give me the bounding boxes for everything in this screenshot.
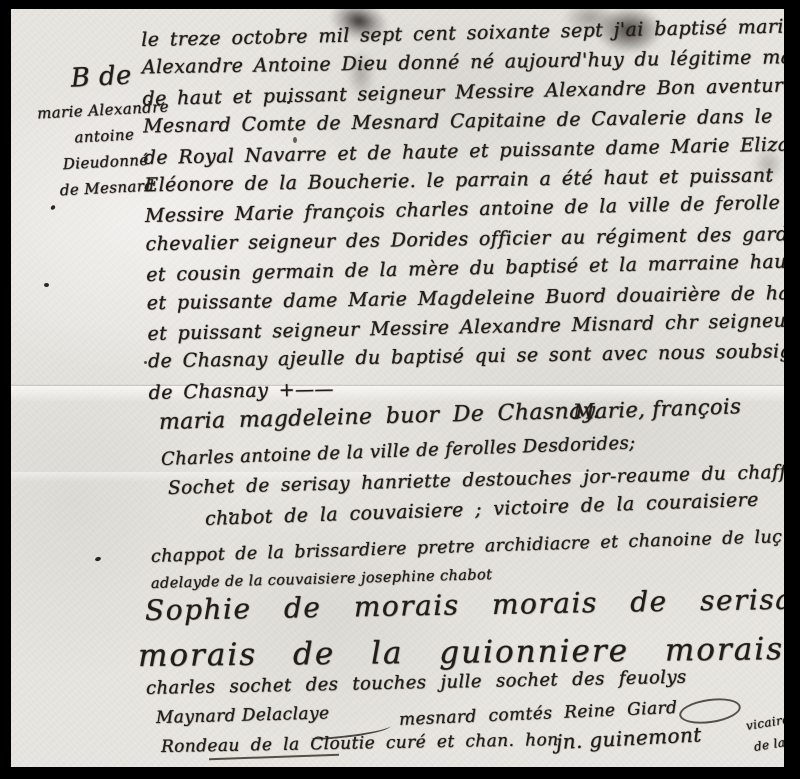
manuscript-scan: { "colors": { "frame": "#000000", "paper… (0, 0, 800, 779)
record-body: le treze octobre mil sept cent soixante … (141, 12, 784, 408)
signature: de lacou (753, 732, 784, 754)
paper-speck (94, 556, 101, 562)
paper-speck (144, 361, 147, 364)
signature: jn. guinemont (555, 722, 702, 754)
paper-speck (44, 283, 49, 287)
signature: Marie, françois (573, 394, 742, 424)
signature: Maynard Delaclaye (156, 703, 330, 728)
signature: vicaire (745, 712, 784, 733)
signature: chappot de la brissardiere pretre archid… (151, 527, 783, 567)
signature: morais de la guionniere morais (138, 631, 784, 674)
signature: Charles antoine de la ville de ferolles … (161, 432, 636, 470)
paper-speck (50, 204, 56, 210)
scanned-page: B de marie Alexandre antoine Dieudonné d… (11, 9, 784, 767)
